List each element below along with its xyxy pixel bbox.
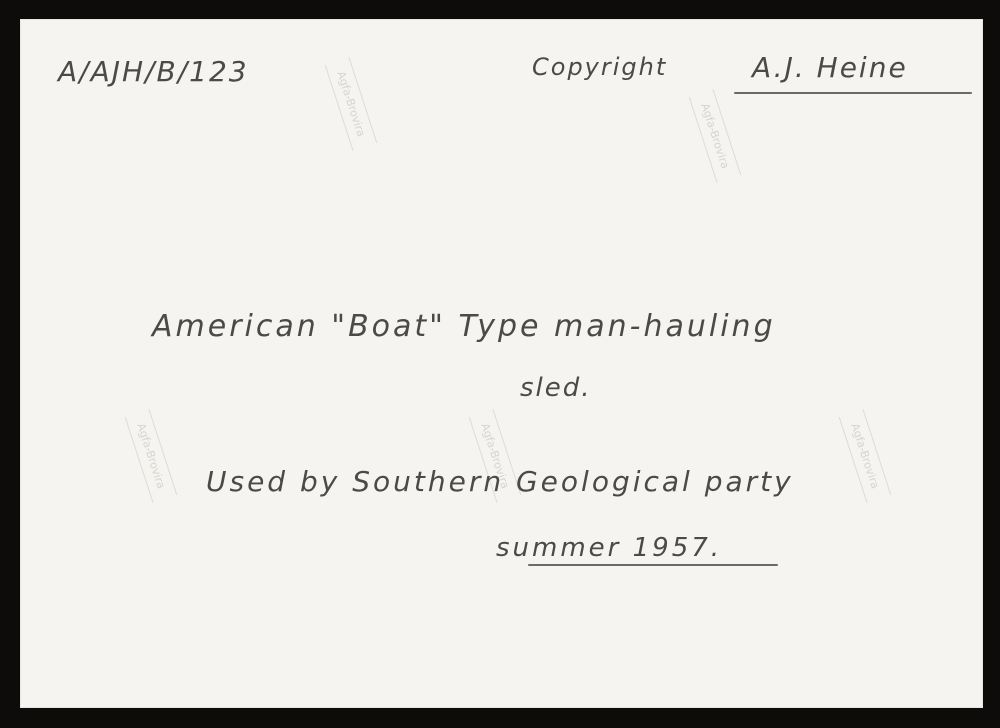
reference-number: A/AJH/B/123: [58, 55, 249, 88]
caption-line-3: Used by Southern Geological party: [206, 465, 794, 498]
copyright-underline: [734, 92, 972, 94]
watermark: Agfa-Brovira: [325, 57, 378, 151]
copyright-holder: A.J. Heine: [752, 51, 908, 84]
caption-line-1: American "Boat" Type man-hauling: [152, 309, 776, 344]
caption-underline: [528, 564, 778, 566]
caption-line-4: summer 1957.: [496, 533, 722, 563]
watermark: Agfa-Brovira: [125, 409, 178, 503]
watermark: Agfa-Brovira: [689, 89, 742, 183]
copyright-label: Copyright: [532, 53, 667, 81]
photo-back-card: Agfa-Brovira Agfa-Brovira Agfa-Brovira A…: [20, 19, 983, 708]
watermark: Agfa-Brovira: [839, 409, 892, 503]
caption-line-2: sled.: [520, 373, 592, 403]
